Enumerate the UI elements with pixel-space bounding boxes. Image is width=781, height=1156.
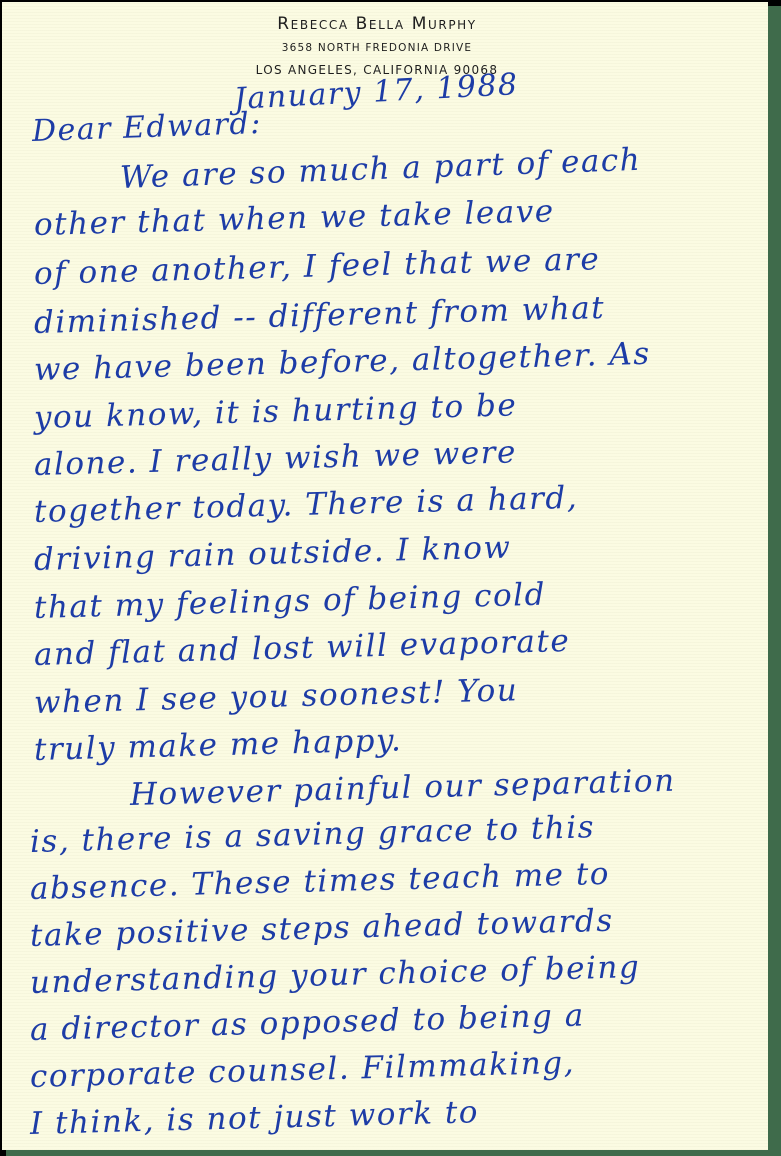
letter-line: a director as opposed to being a [30, 997, 586, 1048]
letter-line: of one another, I feel that we are [34, 241, 601, 292]
letter-line: you know, it is hurting to be [34, 387, 518, 436]
letter-line: other that when we take leave [34, 193, 556, 243]
letter-line: take positive steps ahead towards [30, 903, 615, 954]
letterhead-street: 3658 NORTH FREDONIA DRIVE [2, 42, 752, 54]
letter-line: absence. These times teach me to [30, 856, 611, 907]
letter-line: together today. There is a hard, [34, 480, 579, 530]
letter-line: driving rain outside. I know [34, 530, 512, 578]
letter-line: that my feelings of being cold [34, 577, 547, 626]
letter-salutation: Dear Edward: [31, 106, 262, 149]
letter-line: truly make me happy. [34, 722, 403, 768]
letter-line: corporate counsel. Filmmaking, [30, 1045, 576, 1095]
letter-line: we have been before, altogether. As [34, 336, 652, 388]
letter-line: when I see you soonest! You [34, 672, 519, 721]
letter-line: understanding your choice of being [30, 949, 641, 1001]
letter-line: However painful our separation [130, 763, 676, 813]
letterhead: Rebecca Bella Murphy 3658 NORTH FREDONIA… [2, 14, 752, 77]
letter-line: and flat and lost will evaporate [34, 623, 571, 673]
letter-line: diminished -- different from what [34, 290, 606, 341]
letter-paper: Rebecca Bella Murphy 3658 NORTH FREDONIA… [2, 2, 768, 1150]
letter-line: I think, is not just work to [30, 1094, 480, 1142]
letter-line: is, there is a saving grace to this [30, 809, 596, 860]
letter-line: We are so much a part of each [119, 142, 641, 196]
letter-line: alone. I really wish we were [34, 434, 518, 483]
letterhead-name: Rebecca Bella Murphy [2, 14, 752, 34]
